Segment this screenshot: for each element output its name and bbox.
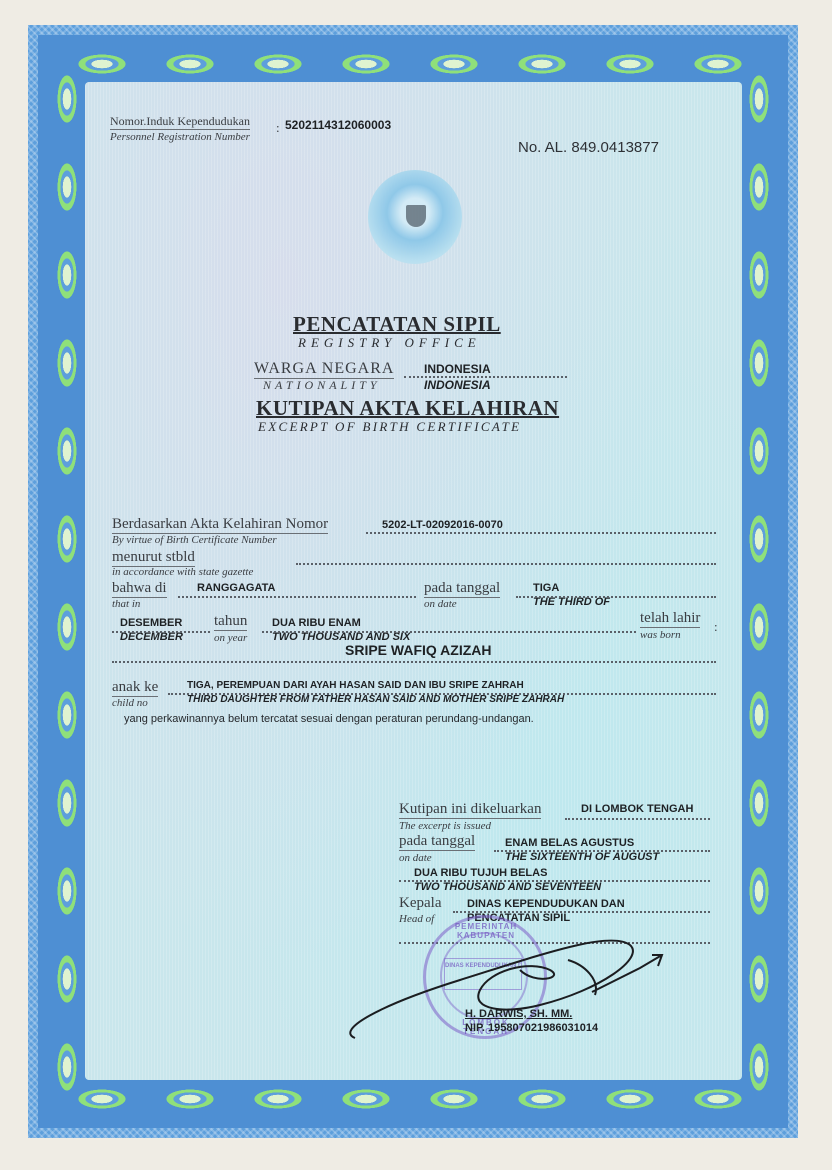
child-name: SRIPE WAFIQ AZIZAH [345, 642, 491, 658]
issued-date-label: pada tanggal [399, 833, 475, 851]
year-label-en: on year [214, 632, 247, 644]
birth-date-value: TIGA [533, 582, 559, 594]
birth-month-value: DESEMBER [120, 617, 182, 629]
place-label-en: that in [112, 598, 140, 610]
border-chain-right [742, 55, 776, 1108]
child-no-value-en: THIRD DAUGHTER FROM FATHER HASAN SAID AN… [187, 694, 564, 705]
year-label: tahun [214, 613, 247, 631]
stbld-label-en: in accordance with state gazette [112, 566, 253, 578]
shield-icon [406, 205, 426, 227]
nationality-label: WARGA NEGARA [254, 360, 394, 379]
border-chain-top [58, 47, 768, 81]
nationality-label-en: NATIONALITY [263, 378, 381, 393]
stbld-label: menurut stbld [112, 549, 195, 567]
garuda-emblem-icon [368, 170, 462, 264]
issued-label-en: The excerpt is issued [399, 820, 491, 832]
signatory-name: H. DARWIS, SH. MM. [465, 1008, 572, 1020]
nationality-value-en: INDONESIA [424, 378, 491, 392]
issued-label: Kutipan ini dikeluarkan [399, 801, 541, 819]
birth-date-label-en: on date [424, 598, 457, 610]
nik-value: 5202114312060003 [285, 118, 391, 132]
issued-year-value: DUA RIBU TUJUH BELAS [414, 867, 547, 879]
border-chain-left [50, 55, 84, 1108]
issued-date-label-en: on date [399, 852, 432, 864]
born-label: telah lahir [640, 610, 700, 628]
office-title-en: REGISTRY OFFICE [298, 335, 481, 351]
nik-colon: : [276, 120, 280, 136]
nik-label: Nomor.Induk Kependudukan [110, 114, 250, 130]
serial-number: No. AL. 849.0413877 [518, 139, 659, 156]
issued-date-value-en: THE SIXTEENTH OF AUGUST [505, 851, 659, 863]
cert-no-value: 5202-LT-02092016-0070 [382, 519, 503, 531]
marriage-note: yang perkawinannya belum tercatat sesuai… [124, 713, 534, 725]
child-no-label: anak ke [112, 679, 158, 697]
border-chain-bottom [58, 1082, 768, 1116]
head-value-1: DINAS KEPENDUDUKAN DAN [467, 898, 625, 910]
signatory-nip: NIP. 195807021986031014 [465, 1022, 598, 1034]
document-title: KUTIPAN AKTA KELAHIRAN [256, 396, 559, 421]
born-label-en: was born [640, 629, 681, 641]
issued-date-value: ENAM BELAS AGUSTUS [505, 837, 634, 849]
place-label: bahwa di [112, 580, 167, 598]
birth-year-value: DUA RIBU ENAM [272, 617, 361, 629]
place-value: RANGGAGATA [197, 582, 275, 594]
cert-no-label-en: By virtue of Birth Certificate Number [112, 534, 277, 546]
office-title: PENCATATAN SIPIL [293, 312, 501, 337]
nik-label-en: Personnel Registration Number [110, 131, 250, 143]
child-no-value: TIGA, PEREMPUAN DARI AYAH HASAN SAID DAN… [187, 680, 524, 691]
issued-year-value-en: TWO THOUSAND AND SEVENTEEN [414, 881, 601, 893]
cert-no-label: Berdasarkan Akta Kelahiran Nomor [112, 516, 328, 534]
birth-date-label: pada tanggal [424, 580, 500, 598]
document-title-en: EXCERPT OF BIRTH CERTIFICATE [258, 419, 521, 435]
issued-place-value: DI LOMBOK TENGAH [581, 803, 693, 815]
child-no-label-en: child no [112, 697, 148, 709]
nationality-value: INDONESIA [424, 362, 491, 376]
